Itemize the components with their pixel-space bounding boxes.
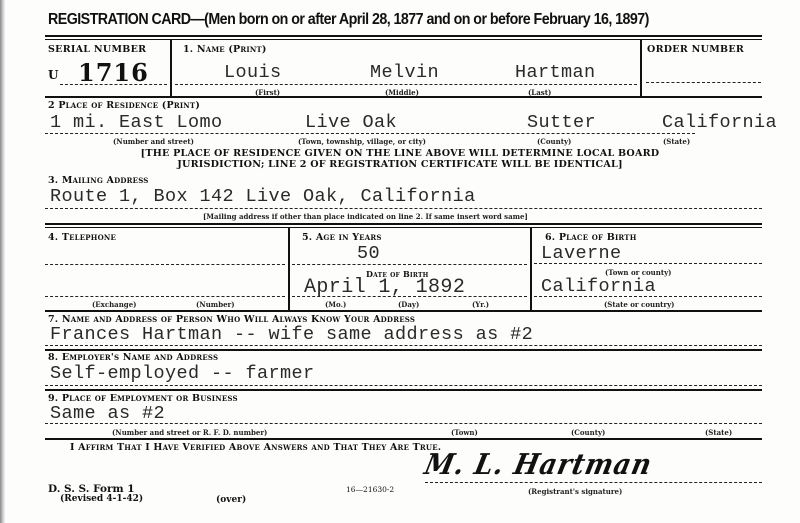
- residence-county: Sutter: [527, 112, 596, 133]
- employment-town-caption: (Town): [451, 428, 478, 437]
- employer-label: 8. Employer's Name and Address: [48, 352, 218, 363]
- name-label: 1. Name (Print): [183, 44, 267, 55]
- rule-1: [45, 96, 762, 98]
- registrant-signature: M. L. Hartman: [421, 449, 655, 482]
- order-number-label: ORDER NUMBER: [647, 44, 744, 55]
- residence-notice-line2: JURISDICTION; LINE 2 OF REGISTRATION CER…: [120, 159, 680, 170]
- divider-serial: [170, 40, 172, 96]
- employer-value: Self-employed -- farmer: [50, 363, 315, 384]
- name-middle: Melvin: [370, 62, 439, 83]
- telephone-line-2: [45, 296, 285, 297]
- telephone-number-caption: (Number): [196, 300, 235, 309]
- employer-line: [45, 385, 762, 386]
- name-last: Hartman: [515, 62, 596, 83]
- contact-value: Frances Hartman -- wife same address as …: [50, 324, 533, 345]
- residence-state-caption: (State): [663, 137, 690, 146]
- residence-label: 2 Place of Residence (Print): [48, 100, 200, 111]
- birthplace-state-line: [534, 296, 762, 297]
- rule-4: [45, 349, 762, 351]
- over-note: (over): [216, 495, 246, 505]
- rule-top-thin: [45, 39, 762, 40]
- serial-number-label: SERIAL NUMBER: [48, 44, 146, 55]
- age-line: [292, 264, 527, 265]
- residence-county-caption: (County): [537, 137, 571, 146]
- birthplace-town: Laverne: [541, 243, 622, 264]
- signature-caption: (Registrant's signature): [528, 487, 622, 496]
- rule-top: [45, 35, 762, 37]
- telephone-label: 4. Telephone: [48, 232, 116, 243]
- residence-line: [45, 133, 695, 134]
- dob-month-caption: (Mo.): [325, 300, 346, 309]
- mailing-caption: [Mailing address if other than place ind…: [203, 212, 528, 221]
- birthplace-state: California: [541, 276, 656, 297]
- form-revised: (Revised 4-1-42): [60, 494, 143, 504]
- residence-town: Live Oak: [305, 112, 397, 133]
- dob-day-caption: (Day): [398, 300, 419, 309]
- residence-state: California: [662, 112, 777, 133]
- rule-2-thin: [45, 227, 762, 228]
- residence-notice: [THE PLACE OF RESIDENCE GIVEN ON THE LIN…: [120, 148, 680, 170]
- divider-order: [640, 40, 642, 96]
- scan-edge: [0, 0, 5, 523]
- dob-year-caption: (Yr.): [472, 300, 489, 309]
- mailing-value: Route 1, Box 142 Live Oak, California: [50, 186, 476, 207]
- order-number-line: [646, 82, 761, 83]
- card-title: REGISTRATION CARD—(Men born on or after …: [48, 11, 649, 29]
- birthplace-town-line: [534, 263, 762, 264]
- rule-3: [45, 310, 762, 312]
- age-label: 5. Age in Years: [302, 232, 382, 243]
- rule-2: [45, 223, 762, 225]
- employment-county-caption: (County): [571, 428, 605, 437]
- divider-tel-age: [288, 228, 290, 310]
- rule-5: [45, 389, 762, 391]
- telephone-line-1: [45, 264, 285, 265]
- birthplace-label: 6. Place of Birth: [545, 232, 637, 243]
- name-line: [175, 84, 637, 85]
- affirmation-text: I Affirm That I Have Verified Above Answ…: [70, 442, 441, 453]
- mailing-label: 3. Mailing Address: [48, 175, 149, 186]
- contact-line: [45, 345, 762, 346]
- divider-age-birth: [530, 228, 532, 310]
- rule-6: [45, 438, 762, 440]
- residence-street: 1 mi. East Lomo: [50, 112, 223, 133]
- name-first: Louis: [224, 62, 282, 83]
- dob-line: [292, 296, 527, 297]
- residence-notice-line1: [THE PLACE OF RESIDENCE GIVEN ON THE LIN…: [120, 148, 680, 159]
- serial-number-value: 1716: [78, 58, 149, 87]
- residence-street-caption: (Number and street): [113, 137, 194, 146]
- telephone-exchange-caption: (Exchange): [92, 300, 136, 309]
- birthplace-state-caption: (State or country): [604, 300, 674, 309]
- signature-line: [425, 482, 762, 483]
- employment-place-line: [45, 423, 762, 424]
- age-value: 50: [357, 243, 380, 264]
- employment-street-caption: (Number and street or R. F. D. number): [112, 428, 267, 437]
- serial-prefix: U: [48, 68, 58, 82]
- employment-place-value: Same as #2: [50, 403, 165, 424]
- print-code: 16—21630-2: [346, 485, 394, 494]
- mailing-line: [45, 208, 762, 209]
- residence-town-caption: (Town, township, village, or city): [298, 137, 426, 146]
- employment-state-caption: (State): [705, 428, 732, 437]
